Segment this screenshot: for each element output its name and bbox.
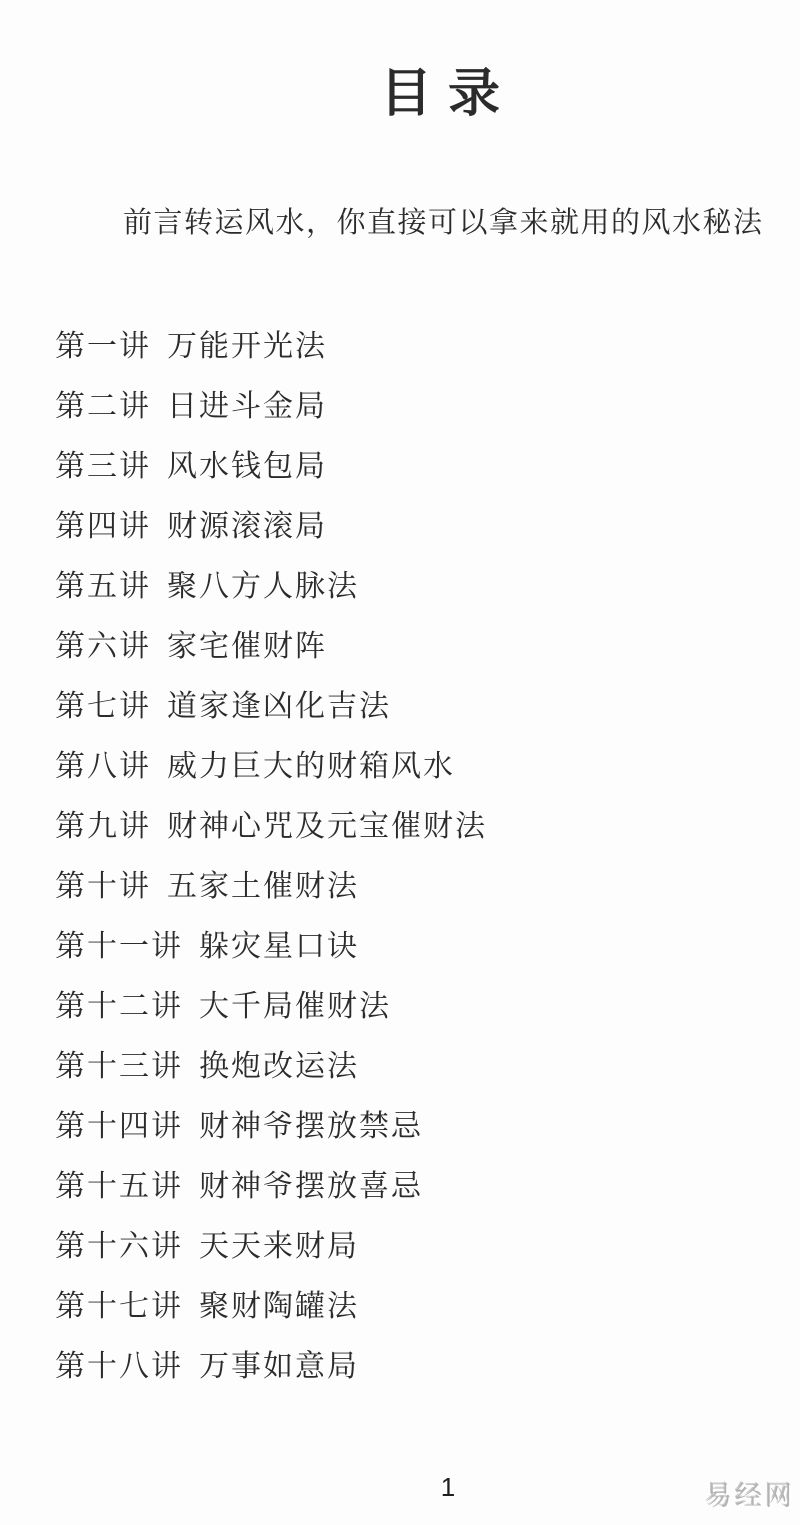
toc-item-title: 道家逢凶化吉法 (167, 681, 391, 725)
toc-item-title: 家宅催财阵 (167, 621, 327, 665)
toc-item-title: 万能开光法 (167, 321, 327, 365)
toc-item-number: 第二讲 (55, 381, 151, 425)
toc-item: 第三讲 风水钱包局 (55, 433, 755, 493)
toc-item: 第十三讲 换炮改运法 (55, 1033, 755, 1093)
toc-item-title: 换炮改运法 (199, 1041, 359, 1085)
toc-item-number: 第七讲 (55, 681, 151, 725)
toc-item-title: 聚财陶罐法 (199, 1281, 359, 1325)
page-number: 1 (0, 1472, 800, 1503)
toc-item: 第十六讲 天天来财局 (55, 1213, 755, 1273)
toc-item-title: 聚八方人脉法 (167, 561, 359, 605)
watermark: 易经网 (705, 1474, 795, 1513)
toc-item-number: 第五讲 (55, 561, 151, 605)
document-page: 目录 前言转运风水，你直接可以拿来就用的风水秘法 第一讲 万能开光法 第二讲 日… (0, 0, 800, 1525)
toc-item-number: 第十讲 (55, 861, 151, 905)
toc-item-number: 第十一讲 (55, 921, 183, 965)
toc-item: 第七讲 道家逢凶化吉法 (55, 673, 755, 733)
toc-item-title: 财源滚滚局 (167, 501, 327, 545)
toc-item-number: 第十三讲 (55, 1041, 183, 1085)
toc-item-number: 第十四讲 (55, 1101, 183, 1145)
toc-item-number: 第四讲 (55, 501, 151, 545)
toc-item-number: 第十七讲 (55, 1281, 183, 1325)
toc-item-title: 天天来财局 (199, 1221, 359, 1265)
toc-item: 第九讲 财神心咒及元宝催财法 (55, 793, 755, 853)
toc-item: 第八讲 威力巨大的财箱风水 (55, 733, 755, 793)
toc-item-title: 日进斗金局 (167, 381, 327, 425)
toc-item-title: 风水钱包局 (167, 441, 327, 485)
page-title: 目录 (0, 64, 800, 126)
toc-item-number: 第三讲 (55, 441, 151, 485)
toc-item-number: 第十六讲 (55, 1221, 183, 1265)
toc-list: 第一讲 万能开光法 第二讲 日进斗金局 第三讲 风水钱包局 第四讲 财源滚滚局 … (55, 313, 755, 1393)
toc-item-number: 第十五讲 (55, 1161, 183, 1205)
toc-item: 第六讲 家宅催财阵 (55, 613, 755, 673)
toc-item: 第二讲 日进斗金局 (55, 373, 755, 433)
toc-item-title: 五家土催财法 (167, 861, 359, 905)
toc-item: 第十讲 五家土催财法 (55, 853, 755, 913)
toc-item-number: 第九讲 (55, 801, 151, 845)
toc-item: 第十八讲 万事如意局 (55, 1333, 755, 1393)
toc-item-number: 第十二讲 (55, 981, 183, 1025)
toc-item: 第五讲 聚八方人脉法 (55, 553, 755, 613)
toc-item-number: 第十八讲 (55, 1341, 183, 1385)
toc-item-title: 财神心咒及元宝催财法 (167, 801, 487, 845)
preface-line: 前言转运风水，你直接可以拿来就用的风水秘法 (123, 200, 764, 241)
toc-item: 第一讲 万能开光法 (55, 313, 755, 373)
toc-item-title: 威力巨大的财箱风水 (167, 741, 455, 785)
toc-item-title: 财神爷摆放喜忌 (199, 1161, 423, 1205)
toc-item-title: 大千局催财法 (199, 981, 391, 1025)
toc-item: 第四讲 财源滚滚局 (55, 493, 755, 553)
toc-item: 第十五讲 财神爷摆放喜忌 (55, 1153, 755, 1213)
toc-item-title: 躲灾星口诀 (199, 921, 359, 965)
toc-item-title: 财神爷摆放禁忌 (199, 1101, 423, 1145)
toc-item: 第十七讲 聚财陶罐法 (55, 1273, 755, 1333)
toc-item-number: 第八讲 (55, 741, 151, 785)
toc-item-number: 第一讲 (55, 321, 151, 365)
toc-item: 第十一讲 躲灾星口诀 (55, 913, 755, 973)
toc-item: 第十二讲 大千局催财法 (55, 973, 755, 1033)
toc-item-title: 万事如意局 (199, 1341, 359, 1385)
toc-item: 第十四讲 财神爷摆放禁忌 (55, 1093, 755, 1153)
toc-item-number: 第六讲 (55, 621, 151, 665)
